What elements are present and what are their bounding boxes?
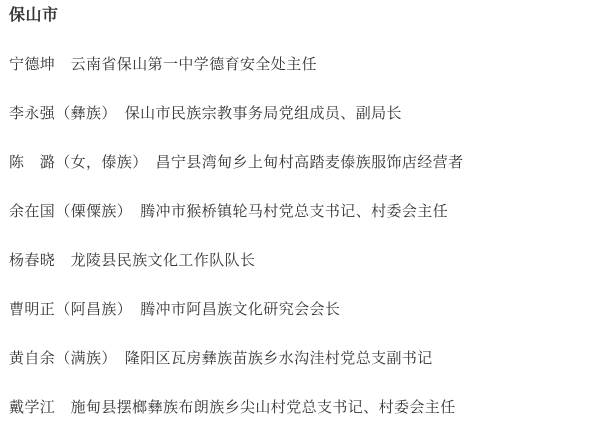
honoree-entry: 余在国（傈僳族） 腾冲市猴桥镇轮马村党总支书记、村委会主任 bbox=[9, 202, 592, 222]
honoree-entry: 黄自余（满族） 隆阳区瓦房彝族苗族乡水沟洼村党总支副书记 bbox=[9, 349, 592, 369]
honoree-entry: 曹明正（阿昌族） 腾冲市阿昌族文化研究会会长 bbox=[9, 300, 592, 320]
honoree-entry: 杨春晓 龙陵县民族文化工作队队长 bbox=[9, 251, 592, 271]
honoree-entry: 李永强（彝族） 保山市民族宗教事务局党组成员、副局长 bbox=[9, 104, 592, 124]
honoree-entry: 陈 潞（女，傣族） 昌宁县湾甸乡上甸村高踏麦傣族服饰店经营者 bbox=[9, 153, 592, 173]
honoree-list-document: 保山市 宁德坤 云南省保山第一中学德育安全处主任 李永强（彝族） 保山市民族宗教… bbox=[0, 0, 602, 426]
honoree-entry: 宁德坤 云南省保山第一中学德育安全处主任 bbox=[9, 55, 592, 75]
honoree-entry: 戴学江 施甸县摆榔彝族布朗族乡尖山村党总支书记、村委会主任 bbox=[9, 398, 592, 418]
city-heading: 保山市 bbox=[9, 6, 592, 26]
